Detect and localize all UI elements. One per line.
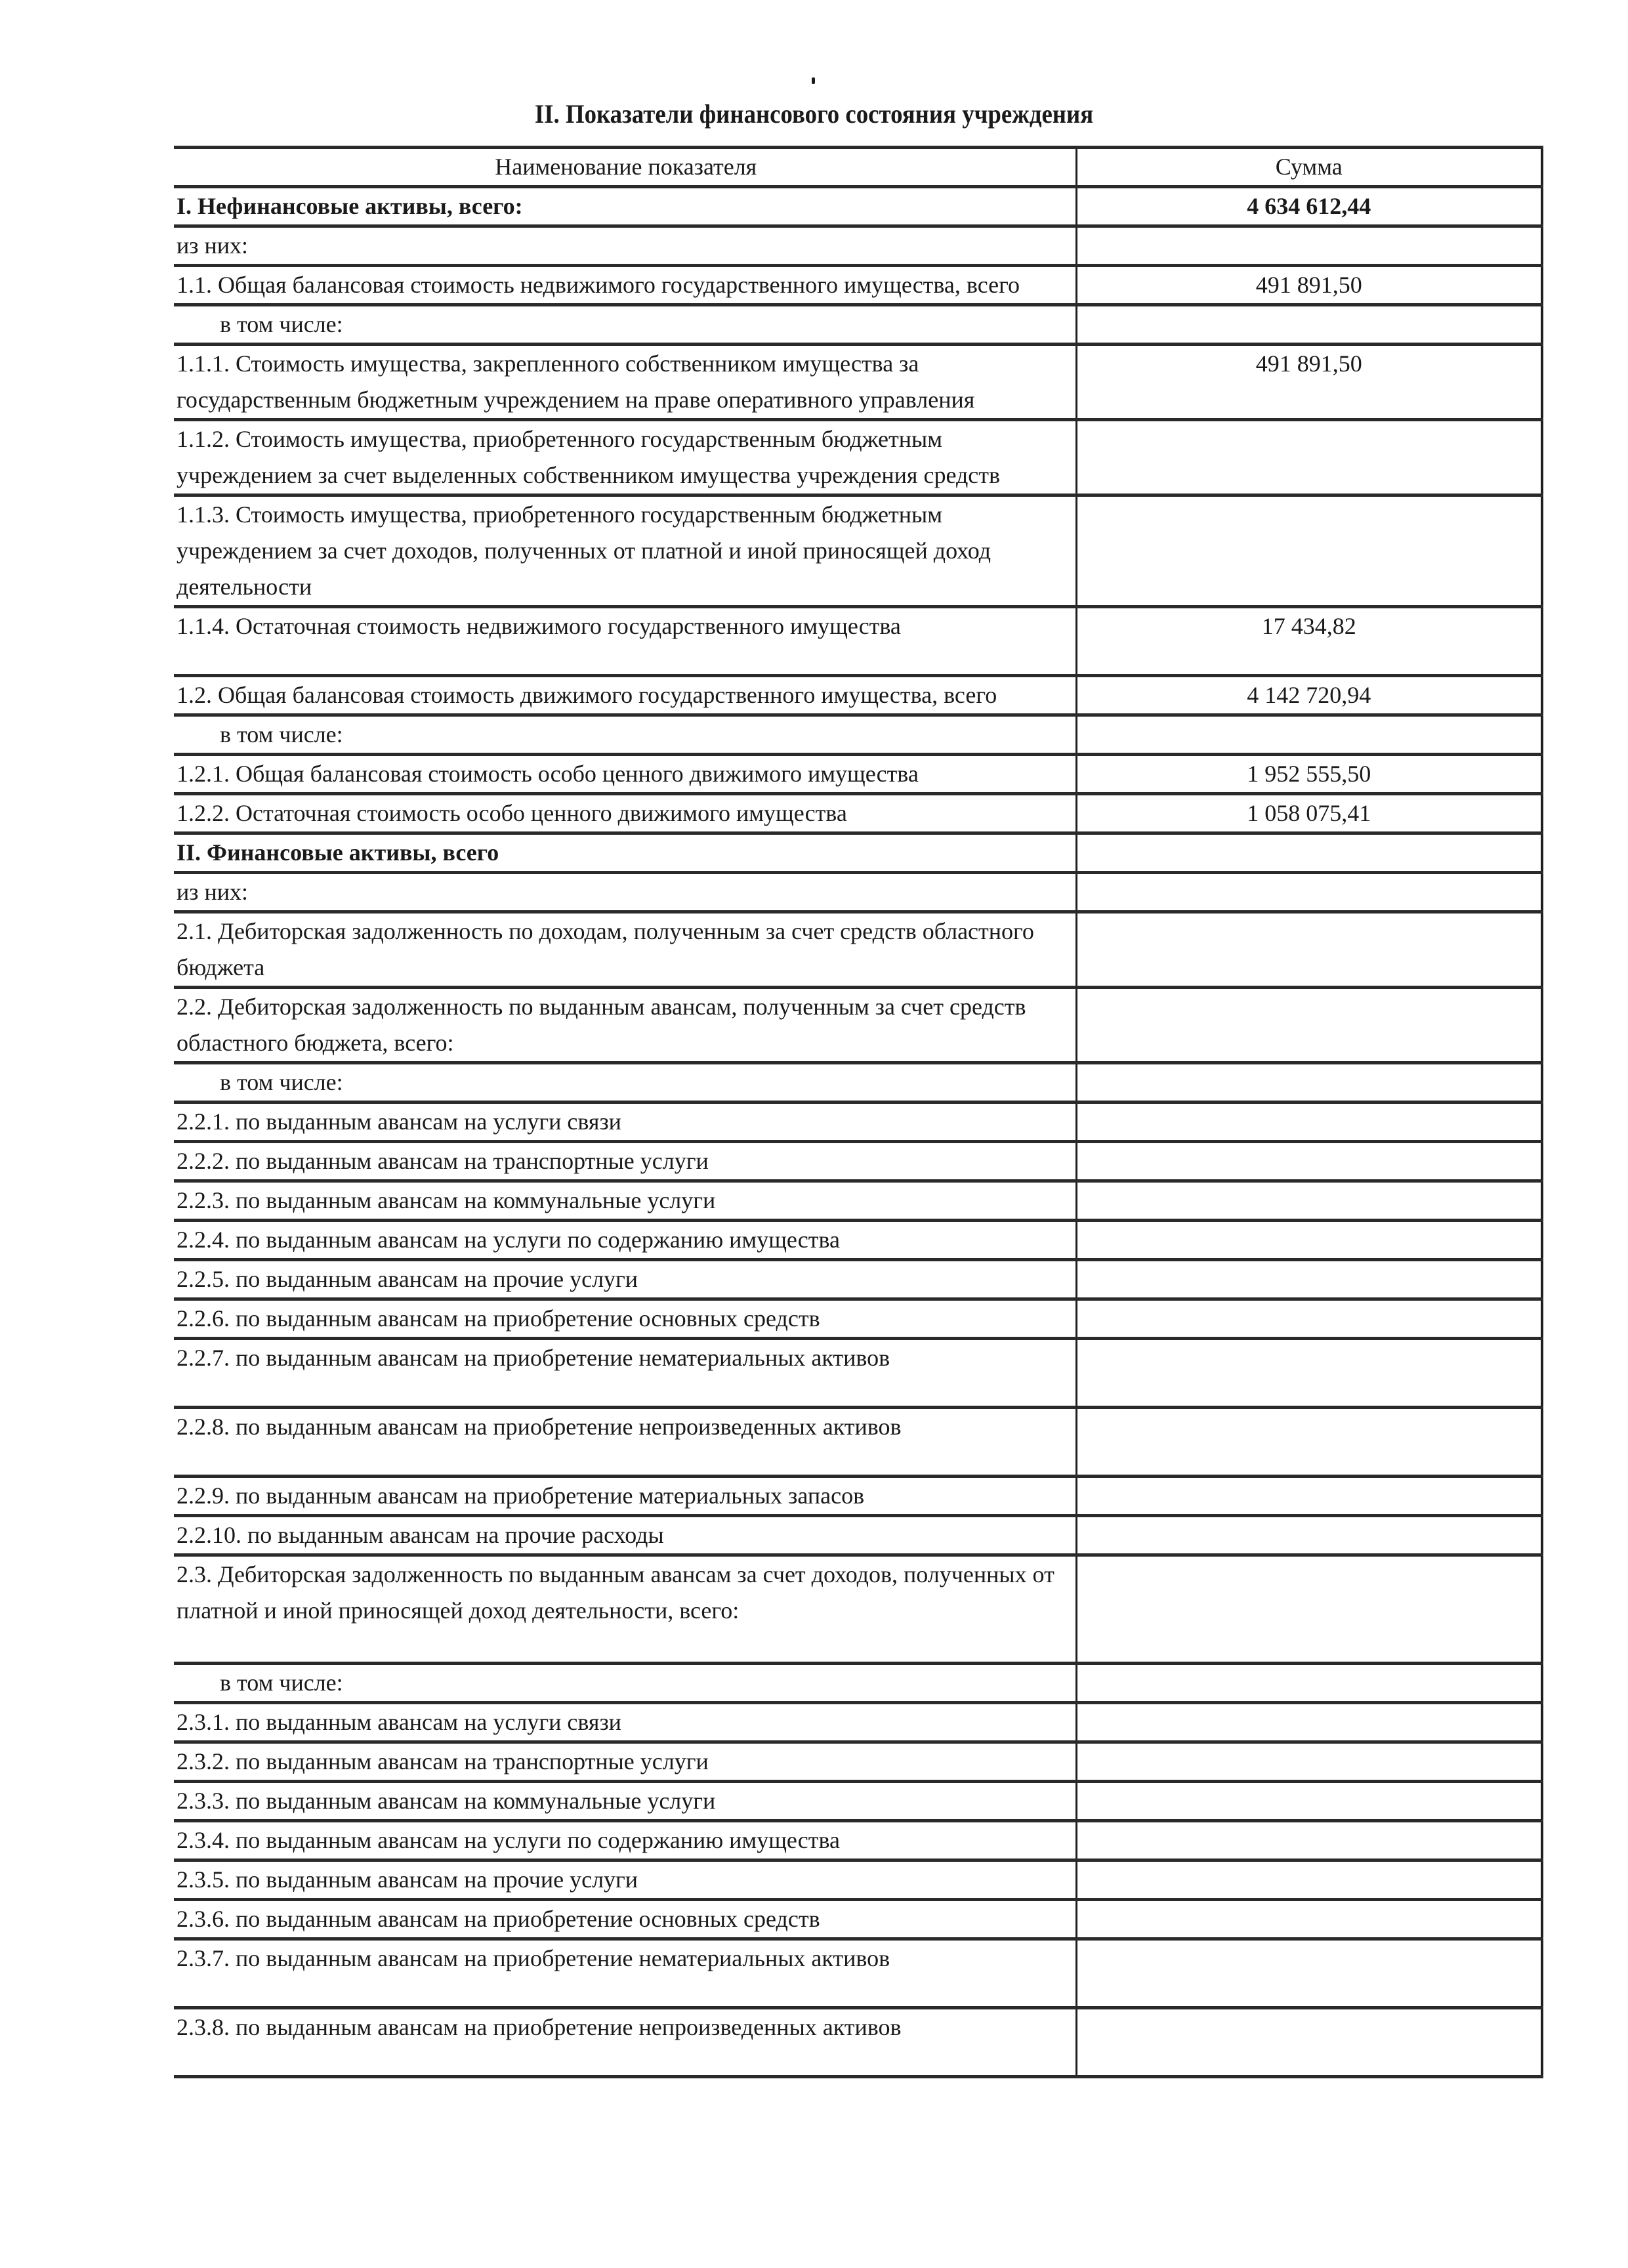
indicator-sum: 1 058 075,41	[1076, 794, 1542, 833]
indicator-sum: 491 891,50	[1076, 345, 1542, 420]
indicator-name: II. Финансовые активы, всего	[174, 833, 1076, 873]
indicator-sum	[1076, 1221, 1542, 1260]
table-row: 2.2.7. по выданным авансам на приобретен…	[174, 1339, 1542, 1408]
indicator-name: 2.3. Дебиторская задолженность по выданн…	[174, 1555, 1076, 1664]
column-header-sum: Сумма	[1076, 148, 1542, 187]
indicator-name: в том числе:	[174, 305, 1076, 345]
table-row: 2.2.4. по выданным авансам на услуги по …	[174, 1221, 1542, 1260]
indicator-sum	[1076, 2008, 1542, 2077]
indicator-name: в том числе:	[174, 715, 1076, 755]
indicator-name: из них:	[174, 873, 1076, 912]
scan-dot-mark	[812, 77, 815, 84]
indicator-name: 1.1. Общая балансовая стоимость недвижим…	[174, 266, 1076, 305]
indicator-sum	[1076, 420, 1542, 495]
table-row: 2.3.5. по выданным авансам на прочие усл…	[174, 1860, 1542, 1900]
indicator-sum	[1076, 1703, 1542, 1742]
indicator-sum: 4 142 720,94	[1076, 676, 1542, 715]
indicator-name: 2.3.5. по выданным авансам на прочие усл…	[174, 1860, 1076, 1900]
table-row: 2.2.1. по выданным авансам на услуги свя…	[174, 1102, 1542, 1142]
table-row: 2.3.2. по выданным авансам на транспортн…	[174, 1742, 1542, 1782]
financial-indicators-table: Наименование показателя Сумма I. Нефинан…	[174, 146, 1543, 2078]
indicator-sum	[1076, 833, 1542, 873]
indicator-sum	[1076, 1102, 1542, 1142]
table-row: II. Финансовые активы, всего	[174, 833, 1542, 873]
indicator-name: 2.2.6. по выданным авансам на приобретен…	[174, 1299, 1076, 1339]
indicator-sum	[1076, 1260, 1542, 1299]
table-row: 1.1.4. Остаточная стоимость недвижимого …	[174, 607, 1542, 676]
table-row: из них:	[174, 226, 1542, 266]
indicator-sum: 491 891,50	[1076, 266, 1542, 305]
indicator-sum	[1076, 1477, 1542, 1516]
indicator-name: 2.2.10. по выданным авансам на прочие ра…	[174, 1516, 1076, 1555]
indicator-name: 1.2.2. Остаточная стоимость особо ценног…	[174, 794, 1076, 833]
indicator-name: 2.2.3. по выданным авансам на коммунальн…	[174, 1181, 1076, 1221]
indicator-name: в том числе:	[174, 1063, 1076, 1102]
indicator-name: 1.2.1. Общая балансовая стоимость особо …	[174, 755, 1076, 794]
indicator-sum	[1076, 1742, 1542, 1782]
indicator-sum	[1076, 1339, 1542, 1408]
table-row: 2.2. Дебиторская задолженность по выданн…	[174, 988, 1542, 1063]
indicator-sum	[1076, 988, 1542, 1063]
page-title: II. Показатели финансового состояния учр…	[65, 98, 1563, 129]
table-row: 2.2.3. по выданным авансам на коммунальн…	[174, 1181, 1542, 1221]
table-row: I. Нефинансовые активы, всего:4 634 612,…	[174, 187, 1542, 226]
indicator-sum	[1076, 1939, 1542, 2008]
table-row: 1.2.2. Остаточная стоимость особо ценног…	[174, 794, 1542, 833]
table-row: 2.2.2. по выданным авансам на транспортн…	[174, 1142, 1542, 1181]
indicator-sum	[1076, 1782, 1542, 1821]
indicator-sum	[1076, 1408, 1542, 1477]
indicator-name: I. Нефинансовые активы, всего:	[174, 187, 1076, 226]
indicator-sum: 1 952 555,50	[1076, 755, 1542, 794]
indicator-name: 2.3.8. по выданным авансам на приобретен…	[174, 2008, 1076, 2077]
indicator-name: 2.3.2. по выданным авансам на транспортн…	[174, 1742, 1076, 1782]
indicator-sum	[1076, 495, 1542, 607]
table-row: 2.3. Дебиторская задолженность по выданн…	[174, 1555, 1542, 1664]
indicator-sum	[1076, 873, 1542, 912]
table-row: 2.3.1. по выданным авансам на услуги свя…	[174, 1703, 1542, 1742]
indicator-sum	[1076, 1181, 1542, 1221]
table-row: из них:	[174, 873, 1542, 912]
table-row: 2.2.6. по выданным авансам на приобретен…	[174, 1299, 1542, 1339]
table-row: 1.1. Общая балансовая стоимость недвижим…	[174, 266, 1542, 305]
table-row: в том числе:	[174, 715, 1542, 755]
indicator-name: 2.2.5. по выданным авансам на прочие усл…	[174, 1260, 1076, 1299]
indicator-name: из них:	[174, 226, 1076, 266]
table-row: 1.1.2. Стоимость имущества, приобретенно…	[174, 420, 1542, 495]
indicator-sum: 17 434,82	[1076, 607, 1542, 676]
table-row: 2.2.9. по выданным авансам на приобретен…	[174, 1477, 1542, 1516]
table-row: в том числе:	[174, 1664, 1542, 1703]
table-header-row: Наименование показателя Сумма	[174, 148, 1542, 187]
table-body: I. Нефинансовые активы, всего:4 634 612,…	[174, 187, 1542, 2077]
indicator-name: 1.1.4. Остаточная стоимость недвижимого …	[174, 607, 1076, 676]
table-row: в том числе:	[174, 1063, 1542, 1102]
indicator-sum	[1076, 1900, 1542, 1939]
table-row: 2.3.7. по выданным авансам на приобретен…	[174, 1939, 1542, 2008]
table-row: 1.2.1. Общая балансовая стоимость особо …	[174, 755, 1542, 794]
table-row: 2.3.3. по выданным авансам на коммунальн…	[174, 1782, 1542, 1821]
indicator-name: 2.2.1. по выданным авансам на услуги свя…	[174, 1102, 1076, 1142]
table-row: в том числе:	[174, 305, 1542, 345]
table-row: 1.1.1. Стоимость имущества, закрепленног…	[174, 345, 1542, 420]
indicator-name: 2.2.8. по выданным авансам на приобретен…	[174, 1408, 1076, 1477]
indicator-name: 1.1.1. Стоимость имущества, закрепленног…	[174, 345, 1076, 420]
indicator-name: 2.3.4. по выданным авансам на услуги по …	[174, 1821, 1076, 1860]
indicator-sum	[1076, 305, 1542, 345]
indicator-sum	[1076, 1516, 1542, 1555]
indicator-name: 2.2.7. по выданным авансам на приобретен…	[174, 1339, 1076, 1408]
indicator-name: 2.3.1. по выданным авансам на услуги свя…	[174, 1703, 1076, 1742]
indicator-name: 2.2.2. по выданным авансам на транспортн…	[174, 1142, 1076, 1181]
table-row: 2.3.4. по выданным авансам на услуги по …	[174, 1821, 1542, 1860]
table-row: 2.2.8. по выданным авансам на приобретен…	[174, 1408, 1542, 1477]
indicator-sum	[1076, 1555, 1542, 1664]
indicator-sum	[1076, 1299, 1542, 1339]
table-row: 2.2.5. по выданным авансам на прочие усл…	[174, 1260, 1542, 1299]
table-row: 2.1. Дебиторская задолженность по дохода…	[174, 912, 1542, 988]
indicator-sum	[1076, 912, 1542, 988]
table-row: 2.3.8. по выданным авансам на приобретен…	[174, 2008, 1542, 2077]
indicator-sum: 4 634 612,44	[1076, 187, 1542, 226]
indicator-name: 1.2. Общая балансовая стоимость движимог…	[174, 676, 1076, 715]
indicator-name: 1.1.2. Стоимость имущества, приобретенно…	[174, 420, 1076, 495]
table-row: 1.1.3. Стоимость имущества, приобретенно…	[174, 495, 1542, 607]
indicator-name: в том числе:	[174, 1664, 1076, 1703]
indicator-name: 2.2. Дебиторская задолженность по выданн…	[174, 988, 1076, 1063]
indicator-name: 2.3.7. по выданным авансам на приобретен…	[174, 1939, 1076, 2008]
indicator-name: 2.2.4. по выданным авансам на услуги по …	[174, 1221, 1076, 1260]
indicator-sum	[1076, 1860, 1542, 1900]
indicator-name: 2.3.6. по выданным авансам на приобретен…	[174, 1900, 1076, 1939]
indicator-sum	[1076, 1821, 1542, 1860]
table-row: 1.2. Общая балансовая стоимость движимог…	[174, 676, 1542, 715]
indicator-sum	[1076, 1142, 1542, 1181]
indicator-sum	[1076, 226, 1542, 266]
indicator-name: 2.1. Дебиторская задолженность по дохода…	[174, 912, 1076, 988]
indicator-name: 1.1.3. Стоимость имущества, приобретенно…	[174, 495, 1076, 607]
indicator-sum	[1076, 1664, 1542, 1703]
table-row: 2.2.10. по выданным авансам на прочие ра…	[174, 1516, 1542, 1555]
indicator-sum	[1076, 715, 1542, 755]
column-header-name: Наименование показателя	[174, 148, 1076, 187]
indicator-sum	[1076, 1063, 1542, 1102]
table-row: 2.3.6. по выданным авансам на приобретен…	[174, 1900, 1542, 1939]
indicator-name: 2.3.3. по выданным авансам на коммунальн…	[174, 1782, 1076, 1821]
indicator-name: 2.2.9. по выданным авансам на приобретен…	[174, 1477, 1076, 1516]
